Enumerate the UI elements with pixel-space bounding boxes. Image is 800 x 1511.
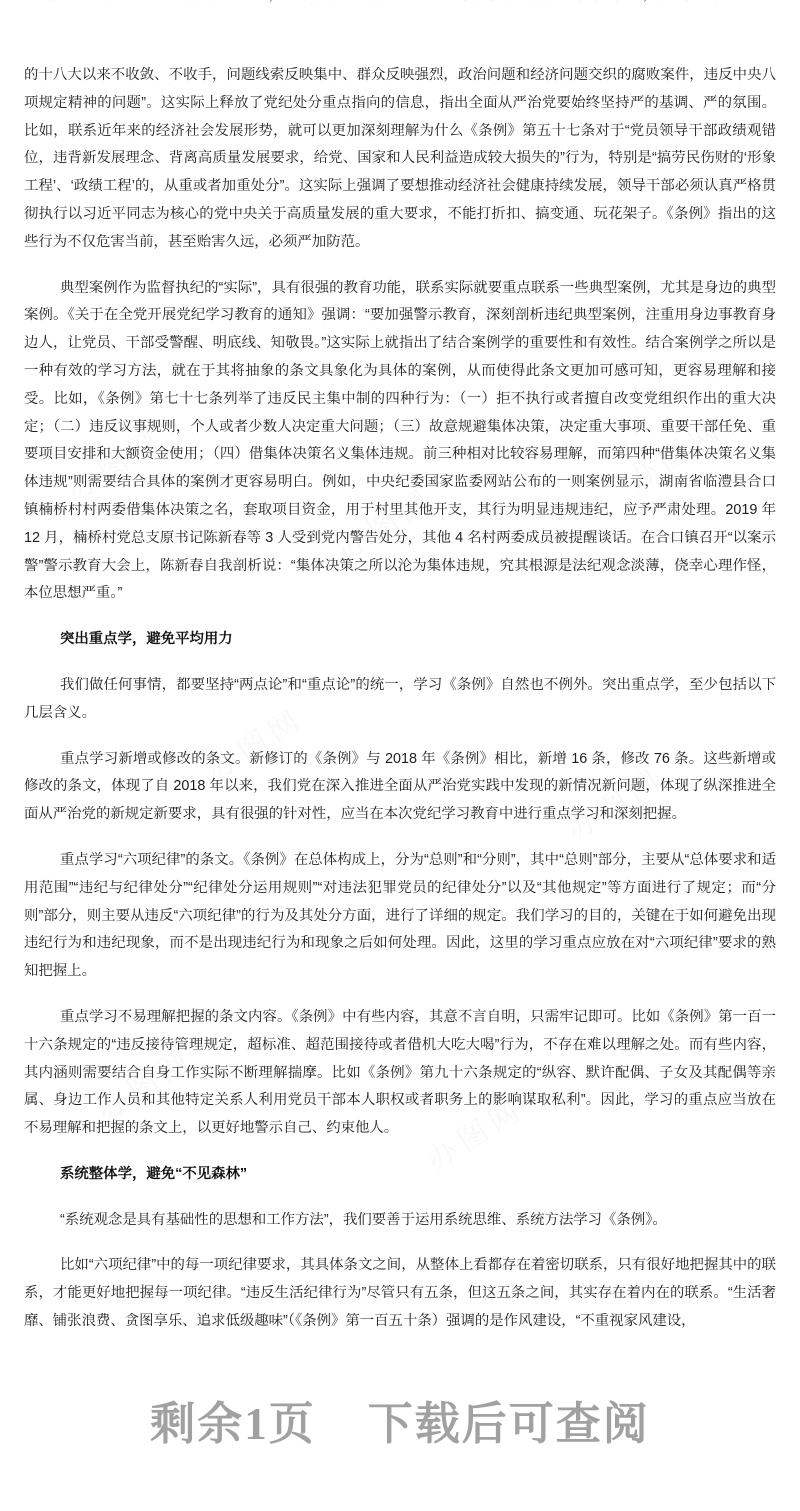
- section-heading-systematic-learning: 系统整体学，避免“不见森林”: [24, 1161, 776, 1189]
- paragraph-typical-cases: 典型案例作为监督执纪的“实际”，具有很强的教育功能，联系实际就要重点联系一些典型…: [24, 275, 776, 609]
- download-hint-label: 下载后可查阅: [368, 1399, 650, 1449]
- paragraph-system-concept: “系统观念是具有基础性的思想和工作方法”，我们要善于运用系统思维、系统方法学习《…: [24, 1207, 776, 1235]
- paragraph-six-disciplines: 重点学习“六项纪律”的条文。《条例》在总体构成上，分为“总则”和“分则”，其中“…: [24, 847, 776, 986]
- clipped-top-line-text: 坚持严的基调严的氛围一以贯之。比如，二十届中央纪委三次全会在部署今年工作任务时明…: [24, 0, 776, 10]
- pages-remaining-label: 剩余1页: [150, 1399, 316, 1449]
- paragraph-discipline-connections: 比如“六项纪律”中的每一项纪律要求，其具体条文之间，从整体上看都存在着密切联系，…: [24, 1252, 776, 1335]
- paragraph-continuation: 的十八大以来不收敛、不收手，问题线索反映集中、群众反映强烈，政治问题和经济问题交…: [24, 62, 776, 257]
- paragraph-hard-to-understand-articles: 重点学习不易理解把握的条文内容。《条例》中有些内容，其意不言自明，只需牢记即可。…: [24, 1004, 776, 1143]
- section-heading-focus-key-points: 突出重点学，避免平均用力: [24, 626, 776, 654]
- paragraph-two-points-theory: 我们做任何事情，都要坚持“两点论”和“重点论”的统一，学习《条例》自然也不例外。…: [24, 672, 776, 728]
- document-page: 坚持严的基调严的氛围一以贯之。比如，二十届中央纪委三次全会在部署今年工作任务时明…: [0, 0, 800, 1336]
- clipped-top-line: 坚持严的基调严的氛围一以贯之。比如，二十届中央纪委三次全会在部署今年工作任务时明…: [24, 0, 776, 10]
- download-prompt[interactable]: 剩余1页下载后可查阅: [0, 1398, 800, 1450]
- paragraph-new-revised-articles: 重点学习新增或修改的条文。新修订的《条例》与 2018 年《条例》相比，新增 1…: [24, 746, 776, 829]
